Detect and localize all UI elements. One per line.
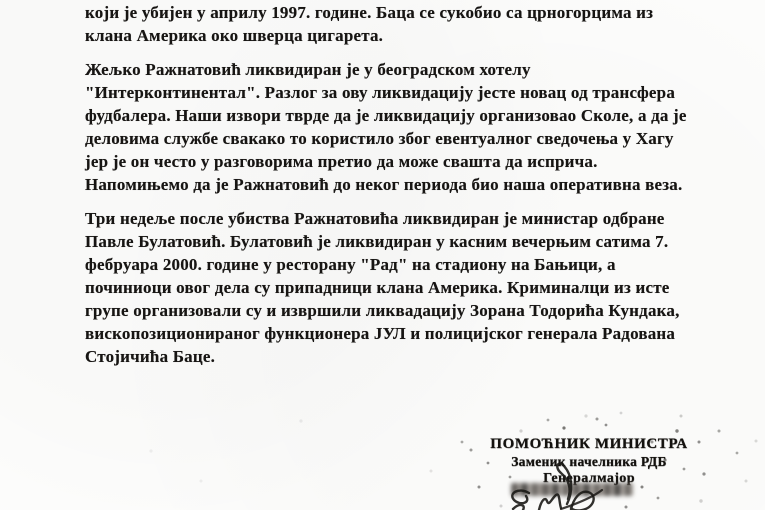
handwritten-signature-icon	[495, 452, 655, 510]
text-line: Стојичића Баце.	[85, 345, 687, 368]
text-line: групе организовали су и извршили ликвада…	[85, 299, 687, 322]
text-line: "Интерконтинентал". Разлог за ову ликвид…	[85, 81, 687, 104]
document-body: који је убијен у априлу 1997. године. Ба…	[85, 1, 687, 379]
paragraph: Жељко Ражнатовић ликвидиран је у београд…	[85, 58, 687, 196]
text-line: Три недеље после убиства Ражнатовића лик…	[85, 207, 687, 230]
text-line: вископозиционираног функционера ЈУЛ и по…	[85, 322, 687, 345]
text-line: Жељко Ражнатовић ликвидиран је у београд…	[85, 58, 687, 81]
text-line: деловима службе свакако то користило збо…	[85, 127, 687, 150]
text-line: Напомињемо да је Ражнатовић до неког пер…	[85, 173, 687, 196]
text-line: фебруара 2000. године у ресторану "Рад" …	[85, 253, 687, 276]
text-line: фудбалера. Наши извори тврде да је ликви…	[85, 104, 687, 127]
text-line: починиоци овог дела су припадници клана …	[85, 276, 687, 299]
paragraph: који је убијен у априлу 1997. године. Ба…	[85, 1, 687, 47]
text-line: Павле Булатовић. Булатовић је ликвидиран…	[85, 230, 687, 253]
text-line: који је убијен у априлу 1997. године. Ба…	[85, 1, 687, 24]
paragraph: Три недеље после убиства Ражнатовића лик…	[85, 207, 687, 368]
text-line: клана Америка око шверца цигарета.	[85, 24, 687, 47]
scan-noise-speckles	[0, 0, 2, 2]
text-line: јер је он често у разговорима претио да …	[85, 150, 687, 173]
scanned-document-page: који је убијен у априлу 1997. године. Ба…	[0, 0, 765, 510]
signature-title: ПОМОЋНИК МИНИСТРА	[488, 436, 690, 453]
